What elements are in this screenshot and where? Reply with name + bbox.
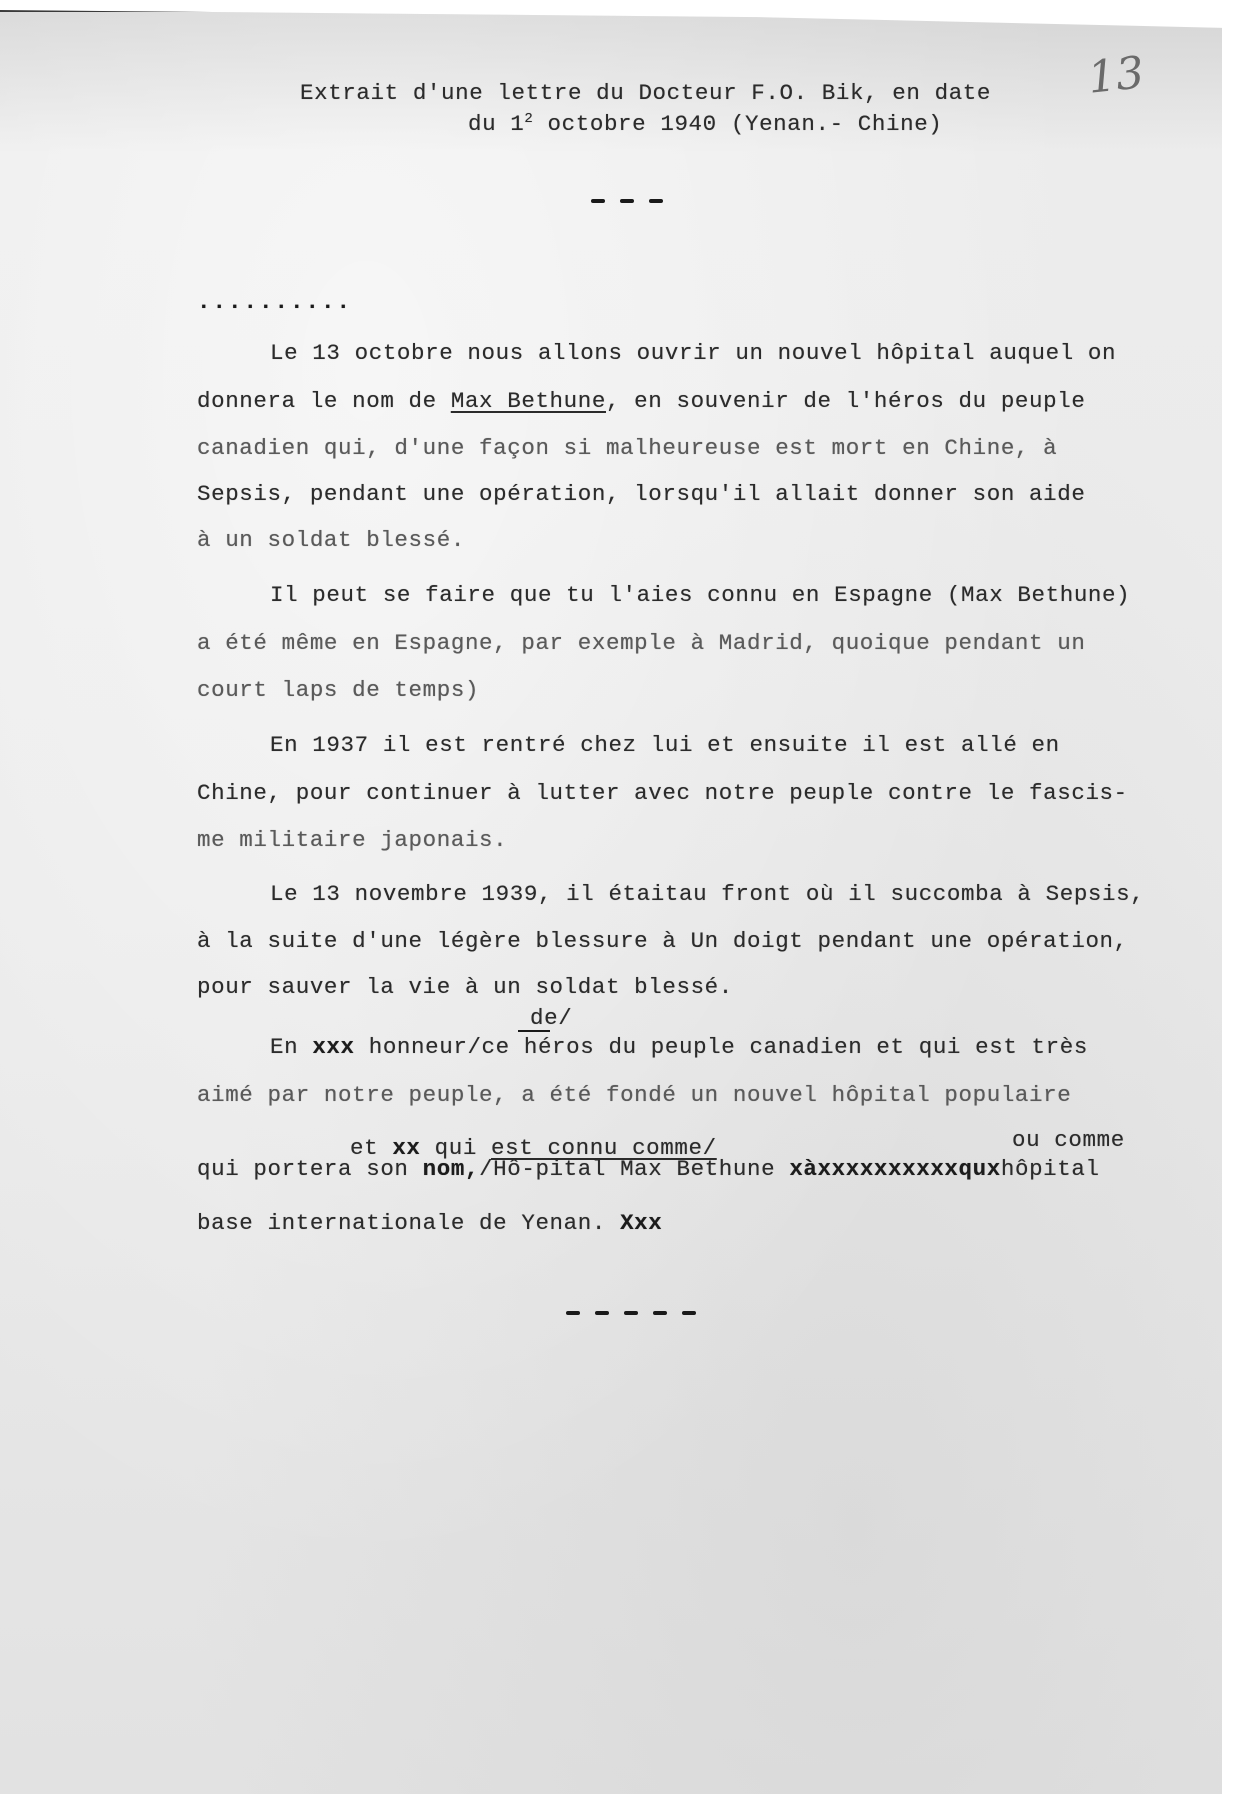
document-heading-line-1: Extrait d'une lettre du Docteur F.O. Bik… bbox=[300, 82, 991, 105]
p1-line-3: canadien qui, d'une façon si malheureuse… bbox=[197, 437, 1057, 460]
struck-out-text: nom, bbox=[423, 1156, 479, 1182]
handwritten-insertion-de: de/ bbox=[530, 1007, 572, 1030]
p4-line-2: à la suite d'une légère blessure à Un do… bbox=[197, 930, 1128, 953]
p5-line-3-post: hôpital bbox=[1001, 1156, 1100, 1182]
p1-line-4: Sepsis, pendant une opération, lorsqu'il… bbox=[197, 483, 1085, 506]
p5-line-1-pre: En bbox=[270, 1034, 312, 1060]
separator-dash bbox=[566, 1311, 580, 1315]
omission-ellipsis: .......... bbox=[197, 291, 352, 314]
separator-dash bbox=[595, 1311, 609, 1315]
p3-line-3: me militaire japonais. bbox=[197, 829, 507, 852]
p3-line-1: En 1937 il est rentré chez lui et ensuit… bbox=[270, 734, 1060, 757]
p2-line-2: a été même en Espagne, par exemple à Mad… bbox=[197, 632, 1085, 655]
document-heading-line-2: du 12 octobre 1940 (Yenan.- Chine) bbox=[468, 112, 942, 136]
p5-line-4-pre: base internationale de Yenan. bbox=[197, 1210, 620, 1236]
separator-dash bbox=[624, 1311, 638, 1315]
separator-dash bbox=[653, 1311, 667, 1315]
p2-line-3: court laps de temps) bbox=[197, 679, 479, 702]
p5-line-3-mid: /Hô-pital Max Bethune bbox=[479, 1156, 789, 1182]
p5-line-1-mid: honneur/ bbox=[355, 1034, 482, 1060]
p1-line-2: donnera le nom de Max Bethune, en souven… bbox=[197, 390, 1085, 413]
p2-line-1: Il peut se faire que tu l'aies connu en … bbox=[270, 584, 1130, 607]
p5-line-1-post: ce héros du peuple canadien et qui est t… bbox=[482, 1034, 1088, 1060]
underlined-name: Max Bethune bbox=[451, 388, 606, 414]
p1-line-1: Le 13 octobre nous allons ouvrir un nouv… bbox=[270, 342, 1116, 365]
p1-line-2-pre: donnera le nom de bbox=[197, 388, 451, 414]
p1-line-5: à un soldat blessé. bbox=[197, 529, 465, 552]
p5-line-1: En xxx honneur/ce héros du peuple canadi… bbox=[270, 1036, 1088, 1059]
p1-line-2-post: , en souvenir de l'héros du peuple bbox=[606, 388, 1085, 414]
heading-date-prefix: du 1 bbox=[468, 111, 524, 137]
insertion-bar-mark bbox=[518, 1030, 550, 1032]
p4-line-3: pour sauver la vie à un soldat blessé. bbox=[197, 976, 733, 999]
handwritten-page-number: 13 bbox=[1085, 47, 1146, 104]
struck-out-text: xàxxxxxxxxxxqux bbox=[789, 1156, 1001, 1182]
struck-out-text: Xxx bbox=[620, 1210, 662, 1236]
p5-line-2: aimé par notre peuple, a été fondé un no… bbox=[197, 1084, 1071, 1107]
separator-dash bbox=[649, 199, 663, 203]
p5-line-3-pre: qui portera son bbox=[197, 1156, 423, 1182]
p3-line-2: Chine, pour continuer à lutter avec notr… bbox=[197, 782, 1128, 805]
separator-dash bbox=[682, 1311, 696, 1315]
separator-bottom bbox=[566, 1311, 696, 1315]
interlinear-correction-right: ou comme bbox=[1012, 1129, 1125, 1152]
separator-top bbox=[591, 199, 663, 203]
p5-line-3: qui portera son nom,/Hô-pital Max Bethun… bbox=[197, 1158, 1100, 1181]
struck-out-text: xxx bbox=[312, 1034, 354, 1060]
p5-line-4: base internationale de Yenan. Xxx bbox=[197, 1212, 662, 1235]
heading-date-suffix: octobre 1940 (Yenan.- Chine) bbox=[533, 111, 942, 137]
separator-dash bbox=[620, 199, 634, 203]
separator-dash bbox=[591, 199, 605, 203]
p4-line-1: Le 13 novembre 1939, il étaitau front où… bbox=[270, 883, 1144, 906]
